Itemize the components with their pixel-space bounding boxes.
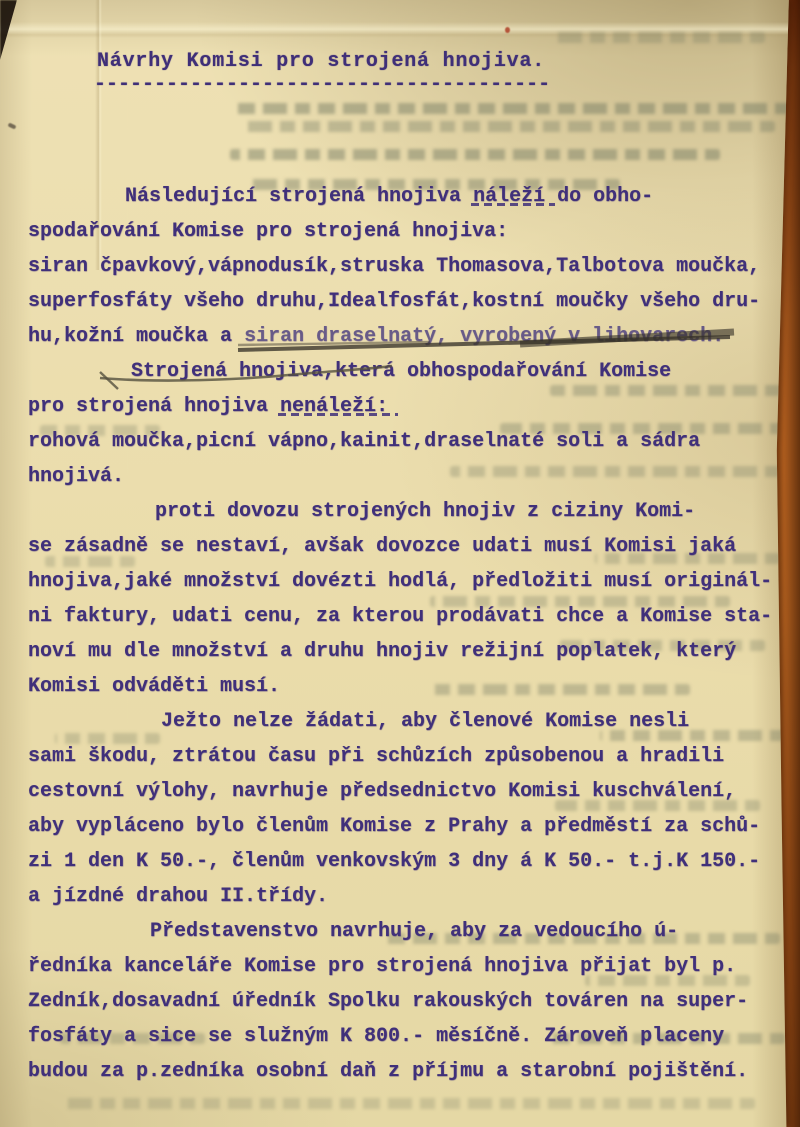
title-underline-dashes: -------------------------------------- xyxy=(94,73,550,96)
document-line: aby vypláceno bylo členům Komise z Prahy… xyxy=(28,815,788,850)
text-segment: Následující strojená hnojiva xyxy=(125,185,473,208)
document-line: rohová moučka,picní vápno,kainit,draseln… xyxy=(28,430,788,465)
red-ink-speck xyxy=(505,27,510,33)
text-segment: siran čpavkový,vápnodusík,struska Thomas… xyxy=(28,255,760,278)
text-segment: ředníka kanceláře Komise pro strojená hn… xyxy=(28,955,736,978)
document-line: spodařování Komise pro strojená hnojiva: xyxy=(28,220,788,255)
text-segment: superfosfáty všeho druhu,Idealfosfát,kos… xyxy=(28,290,760,313)
paper-sheet: Návrhy Komisi pro strojená hnojiva. ----… xyxy=(0,0,800,1127)
bleedthrough-line xyxy=(235,103,790,114)
text-segment-strike: siran draselnatý, vyrobený v lihovarech. xyxy=(244,325,724,348)
text-segment: hnojivá. xyxy=(28,465,124,488)
document-line: superfosfáty všeho druhu,Idealfosfát,kos… xyxy=(28,290,788,325)
bleedthrough-line xyxy=(65,1098,755,1109)
bleedthrough-line xyxy=(230,149,720,160)
document-line: noví mu dle množství a druhu hnojiv reži… xyxy=(28,640,788,675)
text-segment: fosfáty a sice se služným K 800.- měsíčn… xyxy=(28,1025,724,1048)
text-segment: zi 1 den K 50.-, členům venkovským 3 dny… xyxy=(28,850,760,873)
photographed-typewritten-document: { "photo": { "surface_color": "#b2601f",… xyxy=(0,0,800,1127)
text-segment: hnojiva,jaké množství dovézti hodlá, pře… xyxy=(28,570,772,593)
text-segment: ni faktury, udati cenu, za kterou prodáv… xyxy=(28,605,772,628)
text-segment: budou za p.zedníka osobní daň z příjmu a… xyxy=(28,1060,748,1083)
text-segment: cestovní výlohy, navrhuje předsednictvo … xyxy=(28,780,736,803)
ink-speck xyxy=(8,122,17,129)
paper-sheet-wrap: Návrhy Komisi pro strojená hnojiva. ----… xyxy=(0,0,800,1127)
bleedthrough-line xyxy=(240,121,775,132)
text-segment: Zedník,dosavadní úředník Spolku rakouský… xyxy=(28,990,748,1013)
text-segment: Komisi odváděti musí. xyxy=(28,675,280,698)
document-body: Následující strojená hnojiva náleží do o… xyxy=(28,185,788,1095)
document-line: hu,kožní moučka a siran draselnatý, vyro… xyxy=(28,325,788,360)
document-line: Představenstvo navrhuje, aby za vedoucíh… xyxy=(28,920,788,955)
text-segment: Ježto nelze žádati, aby členové Komise n… xyxy=(161,710,689,733)
document-line: proti dovozu strojených hnojiv z ciziny … xyxy=(28,500,788,535)
document-line: ni faktury, udati cenu, za kterou prodáv… xyxy=(28,605,788,640)
text-segment: a xyxy=(208,325,244,348)
text-segment: do obho- xyxy=(545,185,653,208)
document-line: Komisi odváděti musí. xyxy=(28,675,788,710)
document-line: hnojiva,jaké množství dovézti hodlá, pře… xyxy=(28,570,788,605)
document-title: Návrhy Komisi pro strojená hnojiva. xyxy=(97,50,545,73)
text-segment-pencil: kožní moučka xyxy=(64,325,208,348)
document-line: pro strojená hnojiva nenáleží: xyxy=(28,395,788,430)
dark-corner-top-left xyxy=(0,0,17,60)
document-line: cestovní výlohy, navrhuje předsednictvo … xyxy=(28,780,788,815)
document-line: Následující strojená hnojiva náleží do o… xyxy=(28,185,788,220)
text-segment-dashu: nenáleží: xyxy=(280,395,388,418)
document-line: ředníka kanceláře Komise pro strojená hn… xyxy=(28,955,788,990)
text-segment: aby vypláceno bylo členům Komise z Prahy… xyxy=(28,815,760,838)
text-segment: noví mu dle množství a druhu hnojiv reži… xyxy=(28,640,736,663)
document-line: Zedník,dosavadní úředník Spolku rakouský… xyxy=(28,990,788,1025)
document-line: zi 1 den K 50.-, členům venkovským 3 dny… xyxy=(28,850,788,885)
text-segment: pro strojená hnojiva xyxy=(28,395,280,418)
document-line: sami škodu, ztrátou času při schůzích zp… xyxy=(28,745,788,780)
document-line: se zásadně se nestaví, avšak dovozce uda… xyxy=(28,535,788,570)
text-segment-dashu: náleží xyxy=(473,185,545,208)
document-line: budou za p.zedníka osobní daň z příjmu a… xyxy=(28,1060,788,1095)
text-segment: spodařování Komise pro strojená hnojiva: xyxy=(28,220,508,243)
text-segment: Představenstvo navrhuje, aby za vedoucíh… xyxy=(150,920,678,943)
text-segment: Strojená hnojiva,která obhospodařování K… xyxy=(131,360,671,383)
bleedthrough-line xyxy=(555,32,765,43)
document-line: a jízdné drahou II.třídy. xyxy=(28,885,788,920)
text-segment: rohová moučka,picní vápno,kainit,draseln… xyxy=(28,430,700,453)
document-line: Strojená hnojiva,která obhospodařování K… xyxy=(28,360,788,395)
document-line: Ježto nelze žádati, aby členové Komise n… xyxy=(28,710,788,745)
text-segment: sami škodu, ztrátou času při schůzích zp… xyxy=(28,745,724,768)
document-line: hnojivá. xyxy=(28,465,788,500)
document-line: fosfáty a sice se služným K 800.- měsíčn… xyxy=(28,1025,788,1060)
document-line: siran čpavkový,vápnodusík,struska Thomas… xyxy=(28,255,788,290)
horizontal-fold-crease xyxy=(0,22,800,38)
text-segment: hu, xyxy=(28,325,64,348)
text-segment: proti dovozu strojených hnojiv z ciziny … xyxy=(155,500,695,523)
text-segment: se zásadně se nestaví, avšak dovozce uda… xyxy=(28,535,736,558)
text-segment: a jízdné drahou II.třídy. xyxy=(28,885,328,908)
